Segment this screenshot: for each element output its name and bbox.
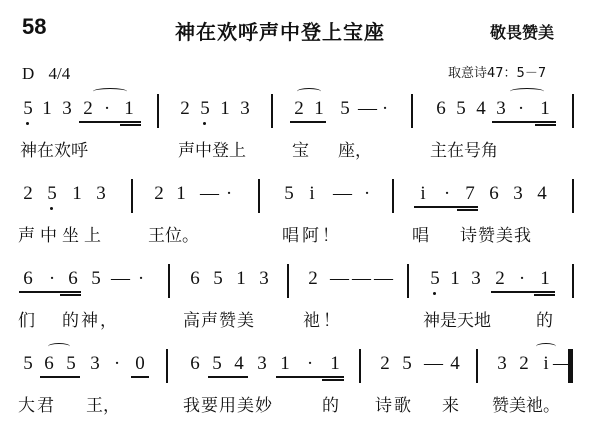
note: 1 [234,268,248,290]
note: 6 [188,268,202,290]
fermata-slur [536,343,556,350]
song-title: 神在欢呼声中登上宝座 [175,16,385,45]
note: 6 [66,268,80,290]
note: 4 [448,353,462,375]
barline [258,179,260,213]
note: · [45,268,59,290]
lyric: 诗歌 [375,391,413,416]
note: i [416,183,430,205]
note: 5 [282,183,296,205]
staff-row-1: 5 1 3 2 · 1 2 5 1 3 2 1 5 — · 6 5 4 3 · … [0,98,600,178]
note: — [374,268,388,290]
low-octave-dot [26,122,29,125]
note: i [539,353,553,375]
lyric: 赞美祂。 [492,391,560,416]
note: 2 [21,183,35,205]
lyric: 王， [86,391,120,416]
underline [290,121,326,123]
staff-row-2: 2 5 1 3 2 1 — · 5 i — · i · 7 6 3 4 声中坐上… [0,183,600,263]
note: 1 [122,98,136,120]
note: 4 [474,98,488,120]
note: · [378,98,392,120]
note: — [358,98,372,120]
note: — [424,353,438,375]
lyric: 声中坐上 [18,221,106,246]
note: 4 [232,353,246,375]
note: 5 [21,353,35,375]
barline [407,264,409,298]
note: 6 [487,183,501,205]
lyric: 我要用美妙 [183,391,273,416]
low-octave-dot [203,122,206,125]
underline [322,379,344,381]
underline [79,121,141,123]
note: 3 [94,183,108,205]
note: 1 [40,98,54,120]
note: 0 [133,353,147,375]
lyric: 高声赞美 [183,306,255,331]
note: · [514,98,528,120]
barline [572,264,574,298]
lyric: 们 [18,306,35,331]
note: — [200,183,214,205]
note: 6 [42,353,56,375]
note: 1 [278,353,292,375]
note: — [111,268,125,290]
note: 3 [495,353,509,375]
note: — [352,268,366,290]
note: 3 [88,353,102,375]
note: 1 [448,268,462,290]
note: 6 [434,98,448,120]
underline [60,294,81,296]
note: 5 [198,98,212,120]
lyric: 神是天地 [423,306,491,331]
note: 2 [81,98,95,120]
note: 6 [21,268,35,290]
note: 3 [494,98,508,120]
note: 1 [174,183,188,205]
note: · [360,183,374,205]
lyric: 王位。 [148,221,199,246]
note: 3 [255,353,269,375]
lyric: 主在号角 [430,136,498,161]
underline [208,376,248,378]
note: · [440,183,454,205]
note: · [134,268,148,290]
barline [359,349,361,383]
note: 5 [21,98,35,120]
note: 5 [454,98,468,120]
note: 5 [338,98,352,120]
note: — [553,353,567,375]
category-label: 敬畏赞美 [490,20,554,43]
low-octave-dot [433,292,436,295]
note: 7 [463,183,477,205]
note: 6 [188,353,202,375]
slur [48,343,70,350]
note: 3 [511,183,525,205]
lyric: 座， [338,136,372,161]
note: 2 [152,183,166,205]
lyric: 诗赞美我 [460,221,532,246]
note: 4 [535,183,549,205]
low-octave-dot [50,207,53,210]
note: · [222,183,236,205]
hymn-number: 58 [22,14,46,40]
lyric: 神在欢呼 [20,136,88,161]
underline [534,294,555,296]
lyric: 的神， [62,306,119,331]
note: 1 [218,98,232,120]
note: 2 [517,353,531,375]
note: 2 [493,268,507,290]
note: 5 [211,268,225,290]
note: i [305,183,319,205]
underline [491,291,555,293]
note: 5 [89,268,103,290]
barline [166,349,168,383]
lyric: 祂！ [303,306,343,331]
barline [157,94,159,128]
underline [120,124,141,126]
note: · [100,98,114,120]
underline [414,206,478,208]
underline [40,376,80,378]
staff-row-3: 6 · 6 5 — · 6 5 1 3 2 — — — 5 1 3 2 · 1 … [0,268,600,348]
underline [535,124,556,126]
note: 1 [328,353,342,375]
underline [19,291,81,293]
note: 1 [538,268,552,290]
note: 2 [378,353,392,375]
note: 1 [70,183,84,205]
barline [287,264,289,298]
note: 1 [312,98,326,120]
note: · [515,268,529,290]
barline [271,94,273,128]
note: · [110,353,124,375]
final-double-barline [568,349,573,383]
key-time-signature: D 4/4 [22,64,70,84]
slur [297,88,321,95]
note: — [333,183,347,205]
lyric: 唱 [412,221,429,246]
barline [168,264,170,298]
lyric: 大君 [18,391,56,416]
lyric: 声中登上 [178,136,246,161]
underline [131,376,149,378]
note: 3 [257,268,271,290]
underline [457,209,478,211]
note: 3 [238,98,252,120]
lyric: 的 [536,306,553,331]
scripture-source: 取意诗47：5－7 [448,62,546,81]
underline [492,121,556,123]
lyric: 的 [322,391,339,416]
slur [510,88,544,95]
note: 5 [64,353,78,375]
lyric: 唱阿！ [282,221,342,246]
underline [276,376,344,378]
barline [572,94,574,128]
note: — [330,268,344,290]
slur [93,88,127,95]
note: · [303,353,317,375]
note: 5 [210,353,224,375]
barline [131,179,133,213]
barline [572,179,574,213]
note: 5 [428,268,442,290]
note: 2 [306,268,320,290]
barline [411,94,413,128]
note: 5 [45,183,59,205]
note: 2 [292,98,306,120]
note: 3 [60,98,74,120]
note: 3 [469,268,483,290]
note: 2 [178,98,192,120]
note: 5 [400,353,414,375]
lyric: 宝 [292,136,309,161]
lyric: 来 [442,391,459,416]
note: 1 [538,98,552,120]
staff-row-4: 5 6 5 3 · 0 6 5 4 3 1 · 1 2 5 — 4 3 2 i … [0,353,600,433]
barline [392,179,394,213]
barline [476,349,478,383]
